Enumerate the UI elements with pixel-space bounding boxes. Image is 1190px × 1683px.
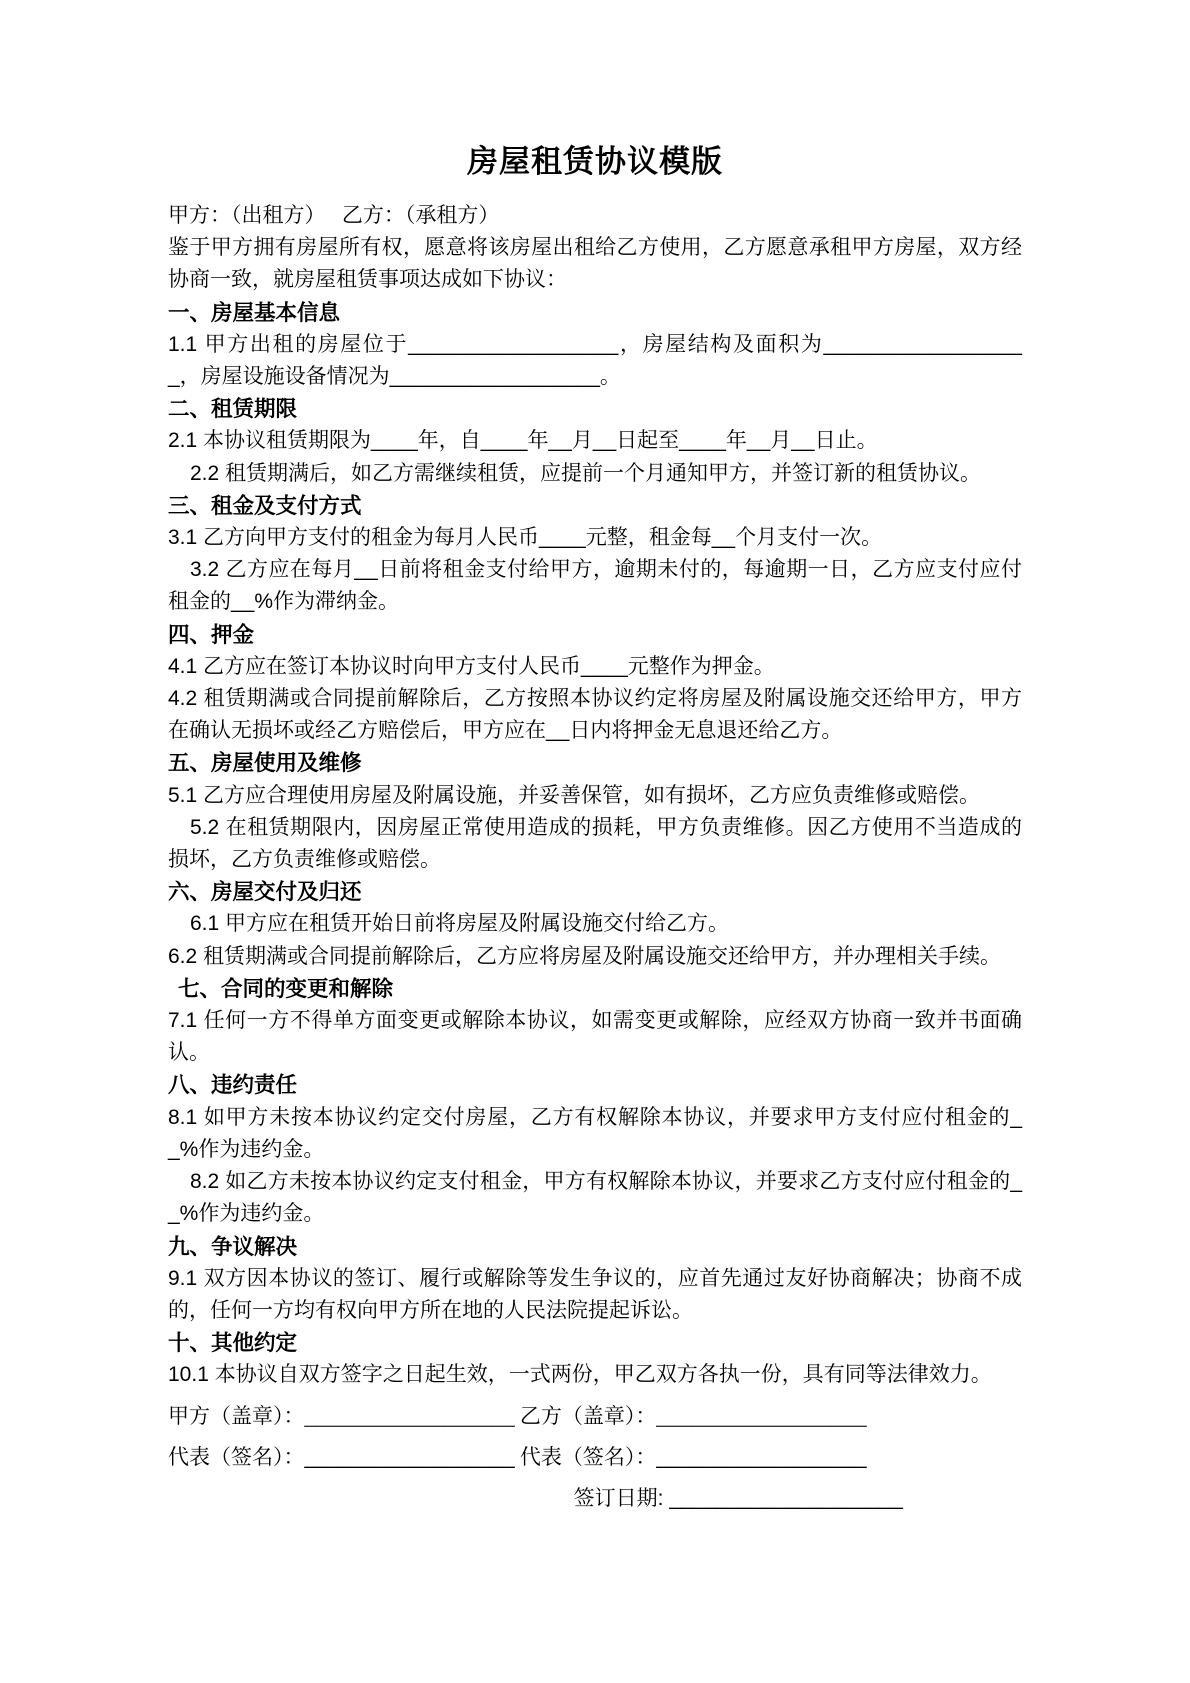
clause-8-1: 8.1 如甲方未按本协议约定交付房屋，乙方有权解除本协议，并要求甲方支付应付租金… — [168, 1102, 1022, 1166]
clause-2-2: 2.2 租赁期满后，如乙方需继续租赁，应提前一个月通知甲方，并签订新的租赁协议。 — [168, 458, 1022, 490]
party-b-seal-cell: 乙方（盖章）：__________________ — [520, 1396, 1022, 1437]
section-heading-5: 五、房屋使用及维修 — [168, 747, 1022, 779]
rep-a-sign-cell: 代表（签名）：__________________ — [168, 1437, 520, 1478]
contract-page: 房屋租赁协议模版 甲方：（出租方） 乙方：（承租方） 鉴于甲方拥有房屋所有权，愿… — [0, 0, 1190, 1683]
clause-6-1: 6.1 甲方应在租赁开始日前将房屋及附属设施交付给乙方。 — [168, 908, 1022, 940]
party-b-seal-blank: __________________ — [656, 1405, 866, 1428]
party-a-seal-blank: __________________ — [305, 1405, 515, 1428]
document-title: 房屋租赁协议模版 — [168, 142, 1022, 182]
signature-block: 甲方（盖章）：__________________ 乙方（盖章）：_______… — [168, 1396, 1022, 1519]
signing-date-blank: ____________________ — [669, 1487, 903, 1510]
clause-7-1: 7.1 任何一方不得单方面变更或解除本协议，如需变更或解除，应经双方协商一致并书… — [168, 1005, 1022, 1069]
party-a-seal-cell: 甲方（盖章）：__________________ — [168, 1396, 520, 1437]
representative-signature-row: 代表（签名）：__________________ 代表（签名）：_______… — [168, 1437, 1022, 1478]
signing-date-row: 签订日期: ____________________ — [168, 1478, 1022, 1519]
parties-line: 甲方：（出租方） 乙方：（承租方） — [168, 200, 1022, 232]
clause-3-2: 3.2 乙方应在每月__日前将租金支付给甲方，逾期未付的，每逾期一日，乙方应支付… — [168, 554, 1022, 618]
party-b-seal-label: 乙方（盖章）： — [520, 1405, 657, 1428]
clause-4-1: 4.1 乙方应在签订本协议时向甲方支付人民币____元整作为押金。 — [168, 651, 1022, 683]
rep-a-sign-label: 代表（签名）： — [168, 1446, 305, 1469]
section-heading-7: 七、合同的变更和解除 — [168, 973, 1022, 1005]
signing-date-label: 签订日期: — [574, 1487, 664, 1510]
clause-8-2: 8.2 如乙方未按本协议约定支付租金，甲方有权解除本协议，并要求乙方支付应付租金… — [168, 1166, 1022, 1230]
section-heading-3: 三、租金及支付方式 — [168, 490, 1022, 522]
rep-b-sign-cell: 代表（签名）：__________________ — [520, 1437, 1022, 1478]
section-heading-4: 四、押金 — [168, 619, 1022, 651]
clause-10-1: 10.1 本协议自双方签字之日起生效，一式两份，甲乙双方各执一份，具有同等法律效… — [168, 1359, 1022, 1391]
section-heading-6: 六、房屋交付及归还 — [168, 876, 1022, 908]
section-heading-10: 十、其他约定 — [168, 1327, 1022, 1359]
rep-b-sign-label: 代表（签名）： — [520, 1446, 657, 1469]
preamble-text: 鉴于甲方拥有房屋所有权，愿意将该房屋出租给乙方使用，乙方愿意承租甲方房屋，双方经… — [168, 232, 1022, 296]
clause-5-1: 5.1 乙方应合理使用房屋及附属设施，并妥善保管，如有损坏，乙方应负责维修或赔偿… — [168, 780, 1022, 812]
clause-1-1: 1.1 甲方出租的房屋位于__________________，房屋结构及面积为… — [168, 329, 1022, 393]
clause-4-2: 4.2 租赁期满或合同提前解除后，乙方按照本协议约定将房屋及附属设施交还给甲方，… — [168, 683, 1022, 747]
clause-3-1: 3.1 乙方向甲方支付的租金为每月人民币____元整，租金每__个月支付一次。 — [168, 522, 1022, 554]
seal-signature-row: 甲方（盖章）：__________________ 乙方（盖章）：_______… — [168, 1396, 1022, 1437]
party-a-seal-label: 甲方（盖章）： — [168, 1405, 305, 1428]
clause-9-1: 9.1 双方因本协议的签订、履行或解除等发生争议的，应首先通过友好协商解决；协商… — [168, 1263, 1022, 1327]
section-heading-8: 八、违约责任 — [168, 1069, 1022, 1101]
signing-date-cell: 签订日期: ____________________ — [574, 1478, 1022, 1519]
rep-a-sign-blank: __________________ — [305, 1446, 515, 1469]
section-heading-9: 九、争议解决 — [168, 1231, 1022, 1263]
section-heading-2: 二、租赁期限 — [168, 393, 1022, 425]
date-row-spacer — [168, 1478, 574, 1519]
clause-5-2: 5.2 在租赁期限内，因房屋正常使用造成的损耗，甲方负责维修。因乙方使用不当造成… — [168, 812, 1022, 876]
section-heading-1: 一、房屋基本信息 — [168, 297, 1022, 329]
rep-b-sign-blank: __________________ — [656, 1446, 866, 1469]
clause-6-2: 6.2 租赁期满或合同提前解除后，乙方应将房屋及附属设施交还给甲方，并办理相关手… — [168, 941, 1022, 973]
clause-2-1: 2.1 本协议租赁期限为____年，自____年__月__日起至____年__月… — [168, 425, 1022, 457]
